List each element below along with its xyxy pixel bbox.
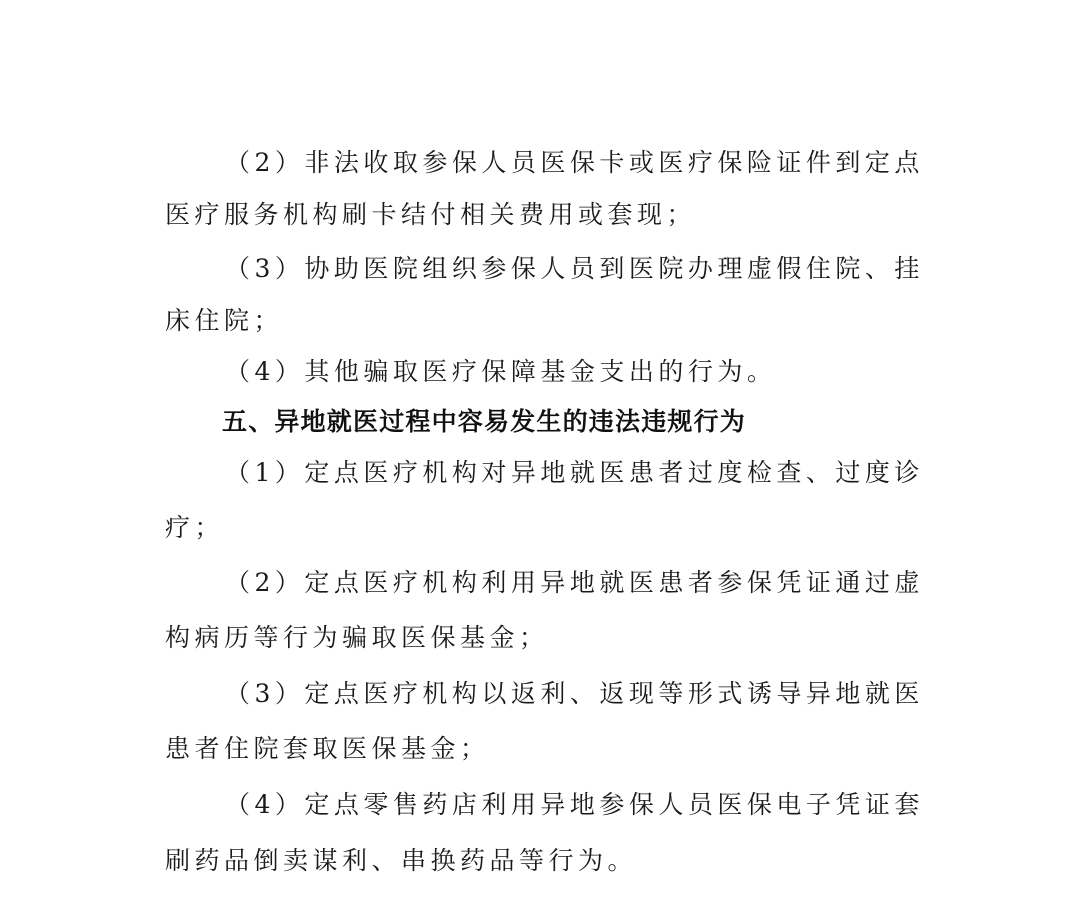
list-item-2-line-2: 医疗服务机构刷卡结付相关费用或套现； [165,200,696,230]
list-item-4-line-1: （4）其他骗取医疗保障基金支出的行为。 [225,357,776,387]
section-heading: 五、异地就医过程中容易发生的违法违规行为 [222,407,746,437]
section5-item-1-line-2: 疗； [165,513,224,543]
section5-item-2-line-2: 构病历等行为骗取医保基金； [165,623,549,653]
list-item-3-line-1: （3）协助医院组织参保人员到医院办理虚假住院、挂 [225,254,924,284]
document-page: （2）非法收取参保人员医保卡或医疗保险证件到定点 医疗服务机构刷卡结付相关费用或… [0,0,1071,909]
section5-item-4-line-2: 刷药品倒卖谋利、串换药品等行为。 [165,846,637,876]
section5-item-4-line-1: （4）定点零售药店利用异地参保人员医保电子凭证套 [225,790,924,820]
list-item-2-line-1: （2）非法收取参保人员医保卡或医疗保险证件到定点 [225,148,924,178]
list-item-3-line-2: 床住院； [165,306,283,336]
section5-item-3-line-1: （3）定点医疗机构以返利、返现等形式诱导异地就医 [225,679,924,709]
section5-item-2-line-1: （2）定点医疗机构利用异地就医患者参保凭证通过虚 [225,568,924,598]
section5-item-1-line-1: （1）定点医疗机构对异地就医患者过度检查、过度诊 [225,458,924,488]
section5-item-3-line-2: 患者住院套取医保基金； [165,734,490,764]
